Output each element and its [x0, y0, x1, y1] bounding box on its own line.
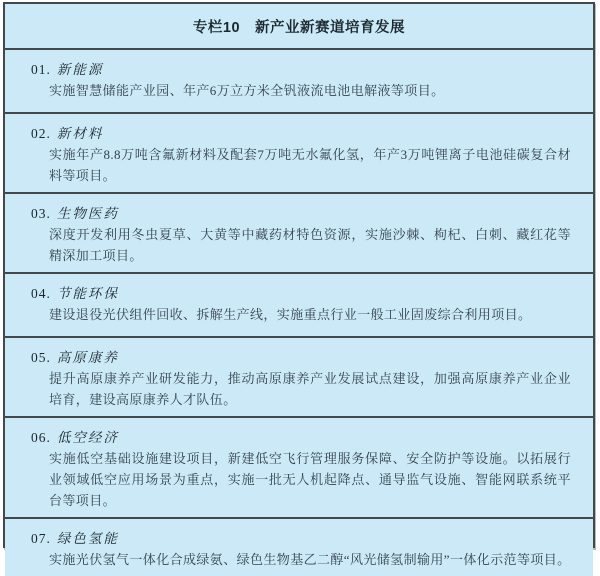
item-heading: 05.高原康养	[31, 347, 575, 368]
item-name: 生物医药	[57, 206, 119, 221]
item-number: 03.	[31, 206, 51, 221]
item-description: 实施年产8.8万吨含氟新材料及配套7万吨无水氟化氢，年产3万吨锂离子电池硅碳复合…	[31, 144, 575, 186]
item-heading: 02.新材料	[31, 123, 575, 144]
box-title-row: 专栏10 新产业新赛道培育发展	[5, 4, 593, 48]
industry-item-row: 03.生物医药 深度开发利用冬虫夏草、大黄等中藏药材特色资源，实施沙棘、枸杞、白…	[5, 192, 593, 272]
item-number: 02.	[31, 126, 51, 141]
item-description: 实施光伏氢气一体化合成绿氨、绿色生物基乙二醇“风光储氢制输用”一体化示范等项目。	[31, 549, 575, 556]
item-description: 实施智慧储能产业园、年产6万立方米全钒液流电池电解液等项目。	[31, 80, 575, 101]
industry-item-row: 02.新材料 实施年产8.8万吨含氟新材料及配套7万吨无水氟化氢，年产3万吨锂离…	[5, 112, 593, 192]
feature-column-box: 专栏10 新产业新赛道培育发展 01.新能源 实施智慧储能产业园、年产6万立方米…	[3, 2, 595, 548]
industry-item-row: 01.新能源 实施智慧储能产业园、年产6万立方米全钒液流电池电解液等项目。	[5, 48, 593, 112]
item-heading: 07.绿色氢能	[31, 528, 575, 549]
item-number: 07.	[31, 531, 51, 546]
item-name: 节能环保	[57, 286, 119, 301]
item-number: 04.	[31, 286, 51, 301]
item-description: 提升高原康养产业研发能力，推动高原康养产业发展试点建设，加强高原康养产业企业培育…	[31, 368, 575, 410]
item-name: 新材料	[57, 126, 104, 141]
item-description: 建设退役光伏组件回收、拆解生产线，实施重点行业一般工业固废综合利用项目。	[31, 304, 575, 325]
item-number: 06.	[31, 430, 51, 445]
industry-item-row: 04.节能环保 建设退役光伏组件回收、拆解生产线，实施重点行业一般工业固废综合利…	[5, 272, 593, 336]
industry-item-row: 06.低空经济 实施低空基础设施建设项目，新建低空飞行管理服务保障、安全防护等设…	[5, 416, 593, 517]
item-name: 绿色氢能	[57, 531, 119, 546]
item-name: 新能源	[57, 62, 104, 77]
item-heading: 03.生物医药	[31, 203, 575, 224]
item-heading: 06.低空经济	[31, 427, 575, 448]
item-heading: 04.节能环保	[31, 283, 575, 304]
item-description: 深度开发利用冬虫夏草、大黄等中藏药材特色资源，实施沙棘、枸杞、白刺、藏红花等精深…	[31, 224, 575, 266]
industry-item-row: 05.高原康养 提升高原康养产业研发能力，推动高原康养产业发展试点建设，加强高原…	[5, 336, 593, 416]
item-heading: 01.新能源	[31, 59, 575, 80]
item-name: 低空经济	[57, 430, 119, 445]
item-description: 实施低空基础设施建设项目，新建低空飞行管理服务保障、安全防护等设施。以拓展行业领…	[31, 448, 575, 511]
item-rows: 01.新能源 实施智慧储能产业园、年产6万立方米全钒液流电池电解液等项目。 02…	[5, 48, 593, 556]
industry-item-row: 07.绿色氢能 实施光伏氢气一体化合成绿氨、绿色生物基乙二醇“风光储氢制输用”一…	[5, 517, 593, 556]
box-title: 专栏10 新产业新赛道培育发展	[193, 16, 405, 37]
item-number: 05.	[31, 350, 51, 365]
item-number: 01.	[31, 62, 51, 77]
item-name: 高原康养	[57, 350, 119, 365]
